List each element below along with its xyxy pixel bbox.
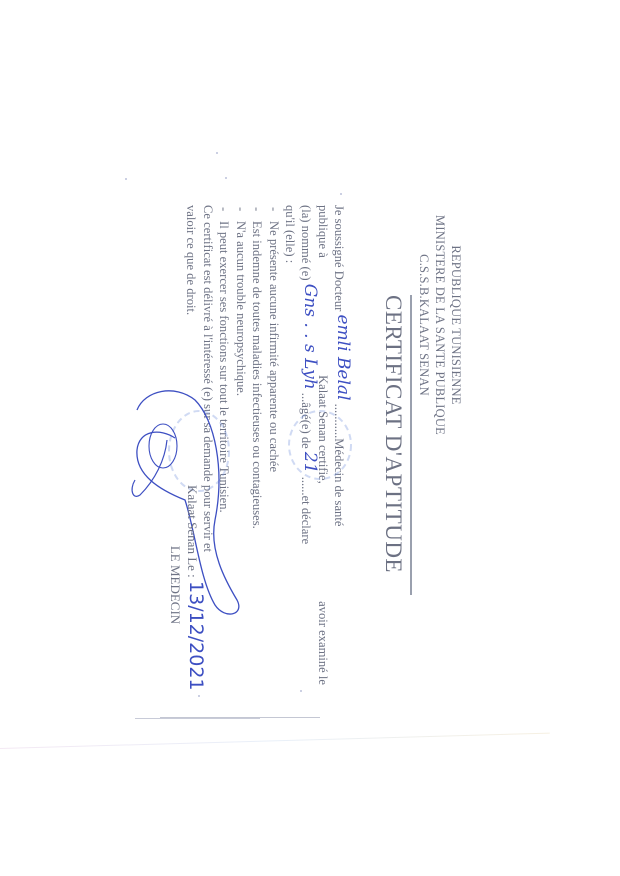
date-handwritten: 13/12/2021 xyxy=(185,581,207,691)
text: (la) nommé (e) xyxy=(299,205,313,281)
place-label: Kalaat Senan Le : xyxy=(185,485,200,578)
signature-block: Kalaat Senan Le : 13/12/2021 LE MEDECIN xyxy=(167,485,205,685)
scan-speck xyxy=(198,695,200,697)
letterhead: REPUBLIQUE TUNISIENNE MINISTERE DE LA SA… xyxy=(416,205,464,445)
scan-speck xyxy=(340,193,342,195)
official-stamp xyxy=(288,410,352,480)
scanned-page: REPUBLIQUE TUNISIENNE MINISTERE DE LA SA… xyxy=(0,0,620,876)
doctor-role: LE MEDECIN xyxy=(167,485,183,685)
text: publique à xyxy=(315,205,332,258)
title-block: CERTIFICAT D'APTITUDE xyxy=(380,295,412,605)
scan-speck xyxy=(125,178,127,180)
bullet-text: Ne présente aucune infirmité apparente o… xyxy=(267,221,281,472)
paper-edge xyxy=(0,733,550,749)
scan-artifact-line xyxy=(135,718,260,719)
scan-artifact-line xyxy=(160,717,320,718)
text: Je soussigné Docteur xyxy=(332,205,346,311)
text: avoir examiné le xyxy=(315,601,332,685)
doctor-name-handwritten: emli Belal xyxy=(335,314,352,400)
bullet-text: N'a aucun trouble neuropsychique. xyxy=(234,221,248,396)
scan-speck xyxy=(216,152,218,154)
place-date-line: Kalaat Senan Le : 13/12/2021 xyxy=(183,485,205,685)
text: ......et déclare xyxy=(299,477,313,544)
document-title: CERTIFICAT D'APTITUDE xyxy=(380,295,406,605)
bullet-item: -Ne présente aucune infirmité apparente … xyxy=(266,205,283,685)
scan-speck xyxy=(300,690,302,692)
header-center: C.S.S.B.KALAAT SENAN xyxy=(416,205,432,445)
header-republic: REPUBLIQUE TUNISIENNE xyxy=(448,205,464,445)
scan-speck xyxy=(225,177,227,179)
patient-name-handwritten: Gns . . s Lyh xyxy=(302,284,319,390)
header-ministry: MINISTERE DE LA SANTE PUBLIQUE xyxy=(432,205,448,445)
title-rule xyxy=(410,295,412,595)
certificate-document: REPUBLIQUE TUNISIENNE MINISTERE DE LA SA… xyxy=(140,205,470,685)
